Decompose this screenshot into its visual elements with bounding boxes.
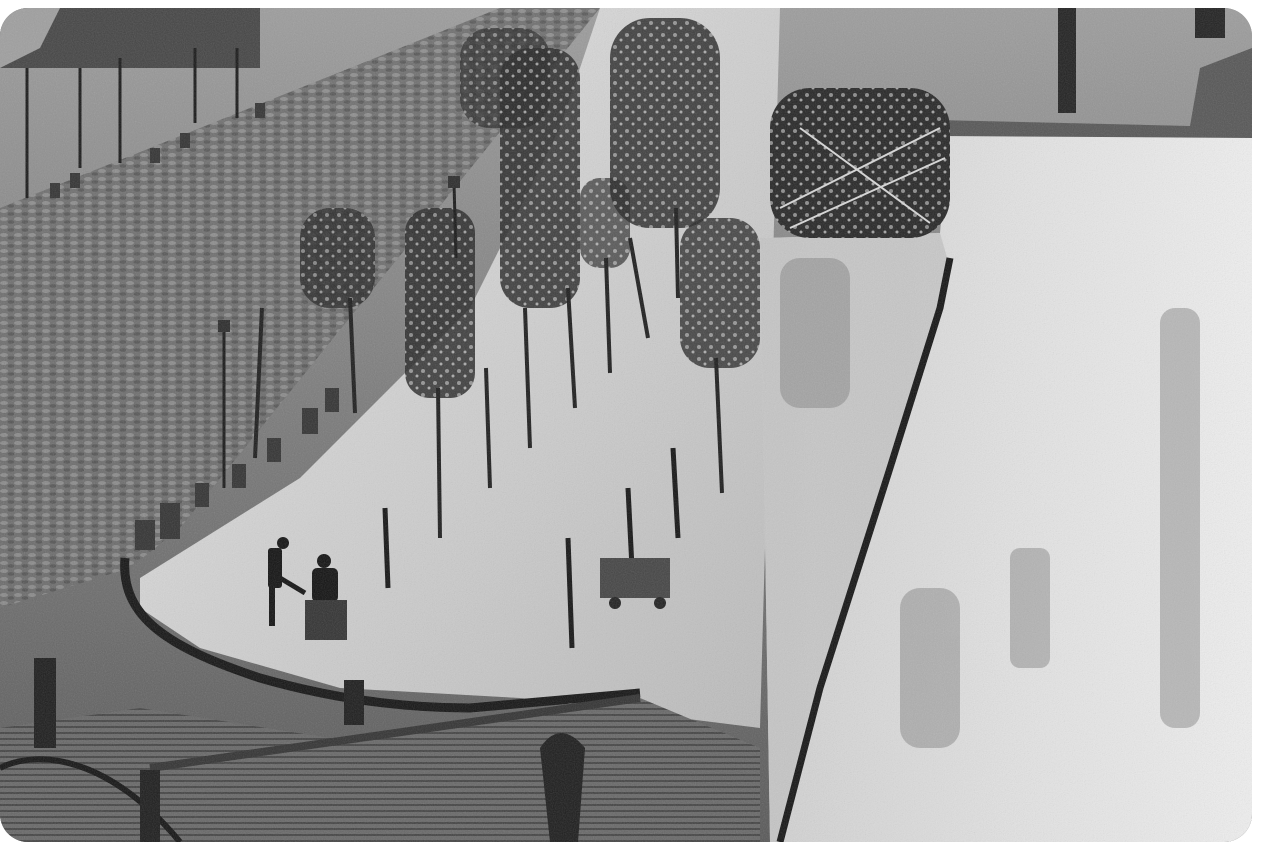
photo-scene	[0, 8, 1252, 842]
photograph: Black-and-white elevated view of a tree-…	[0, 8, 1252, 842]
